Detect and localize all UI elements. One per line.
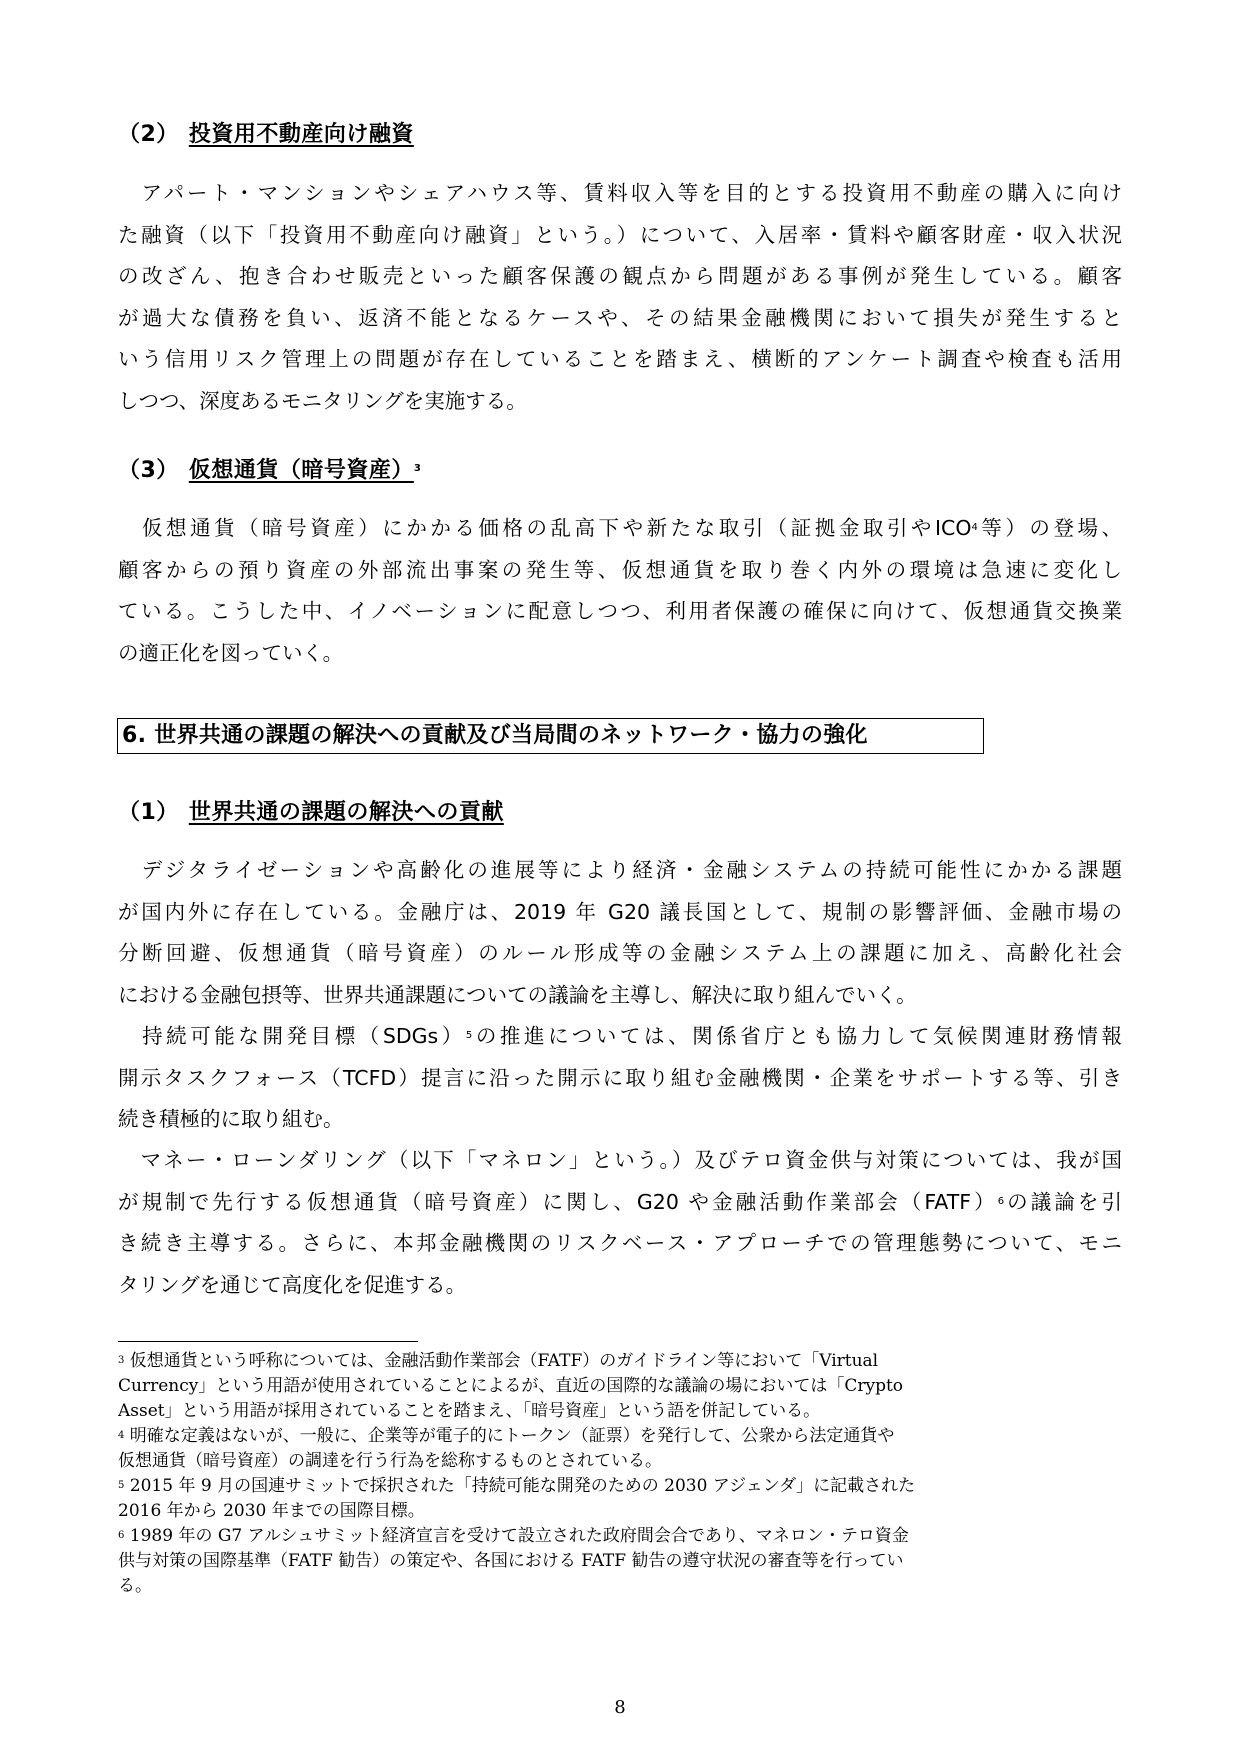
text-line: 続き積極的に取り組む。 — [118, 1099, 1122, 1141]
footnote-ref-3[interactable]: 3 — [414, 463, 421, 474]
paragraph-global-issues-1: デジタライゼーションや高齢化の進展等により経済・金融システムの持続可能性にかかる… — [118, 850, 1122, 1016]
footnote-line: 仮想通貨（暗号資産）の調達を行う行為を総称するものとされている。 — [118, 1449, 1122, 1474]
paragraph-global-issues-3: マネー・ローンダリング（以下「マネロン」という。）及びテロ資金供与対策については… — [118, 1140, 1122, 1306]
footnote-line: 5 2015 年 9 月の国連サミットで採択された「持続可能な開発のための 20… — [118, 1474, 1122, 1499]
text-line: 顧客からの預り資産の外部流出事案の発生等、仮想通貨を取り巻く内外の環境は急速に変… — [118, 550, 1122, 592]
footnote-mark: 3 — [118, 1355, 124, 1366]
footnote-line: 3 仮想通貨という呼称については、金融活動作業部会（FATF）のガイドライン等に… — [118, 1349, 1122, 1374]
text-fragment: が規制で先行する仮想通貨（暗号資産）に関し、G20 や金融活動作業部会（FATF… — [118, 1190, 998, 1214]
footnote-6: 6 1989 年の G7 アルシュサミット経済宣言を受けて設立された政府間会合で… — [118, 1524, 1122, 1599]
footnote-mark: 4 — [118, 1430, 124, 1441]
text-line: における金融包摂等、世界共通課題についての議論を主導し、解決に取り組んでいく。 — [118, 975, 1122, 1017]
text-line: タリングを通じて高度化を促進する。 — [118, 1265, 1122, 1307]
document-page: （2）投資用不動産向け融資 アパート・マンションやシェアハウス等、賃料収入等を目… — [0, 0, 1240, 1755]
text-fragment: 仮想通貨という呼称については、金融活動作業部会（FATF）のガイドライン等におい… — [124, 1351, 878, 1371]
text-line: デジタライゼーションや高齢化の進展等により経済・金融システムの持続可能性にかかる… — [118, 850, 1122, 892]
footnote-separator — [118, 1341, 418, 1342]
section-heading-crypto-assets: （3）仮想通貨（暗号資産）3 — [118, 456, 421, 486]
footnote-line: る。 — [118, 1574, 1122, 1599]
text-line: いう信用リスク管理上の問題が存在していることを踏まえ、横断的アンケート調査や検査… — [118, 339, 1122, 381]
text-line: が規制で先行する仮想通貨（暗号資産）に関し、G20 や金融活動作業部会（FATF… — [118, 1182, 1122, 1224]
text-line: 開示タスクフォース（TCFD）提言に沿った開示に取り組む金融機関・企業をサポート… — [118, 1058, 1122, 1100]
text-line: が過大な債務を負い、返済不能となるケースや、その結果金融機関において損失が発生す… — [118, 298, 1122, 340]
footnote-mark: 6 — [118, 1530, 124, 1541]
text-line: の適正化を図っていく。 — [118, 633, 1122, 675]
text-line: マネー・ローンダリング（以下「マネロン」という。）及びテロ資金供与対策については… — [118, 1140, 1122, 1182]
text-fragment: の推進については、関係省庁とも協力して気候関連財務情報 — [472, 1024, 1122, 1048]
footnote-ref-4[interactable]: 4 — [971, 522, 977, 533]
text-fragment: 明確な定義はないが、一般に、企業等が電子的にトークン（証票）を発行して、公衆から… — [124, 1426, 894, 1446]
section-title: 仮想通貨（暗号資産） — [189, 458, 414, 483]
section-number: （3） — [118, 458, 179, 483]
text-fragment: 1989 年の G7 アルシュサミット経済宣言を受けて設立された政府間会合であり… — [124, 1526, 909, 1546]
text-fragment: 仮想通貨（暗号資産）にかかる価格の乱高下や新たな取引（証拠金取引やICO — [118, 516, 971, 540]
paragraph-global-issues-2: 持続可能な開発目標（SDGs）5の推進については、関係省庁とも協力して気候関連財… — [118, 1016, 1122, 1141]
section-title: 世界共通の課題の解決への貢献 — [189, 800, 504, 825]
footnote-line: 供与対策の国際基準（FATF 勧告）の策定や、各国における FATF 勧告の遵守… — [118, 1549, 1122, 1574]
text-fragment: 等）の登場、 — [978, 516, 1122, 540]
text-line: ている。こうした中、イノベーションに配意しつつ、利用者保護の確保に向けて、仮想通… — [118, 591, 1122, 633]
paragraph-investment-real-estate-loans: アパート・マンションやシェアハウス等、賃料収入等を目的とする投資用不動産の購入に… — [118, 173, 1122, 422]
footnote-ref-5[interactable]: 5 — [466, 1030, 472, 1041]
text-line: き続き主導する。さらに、本邦金融機関のリスクベース・アプローチでの管理態勢につい… — [118, 1223, 1122, 1265]
text-line: が国内外に存在している。金融庁は、2019 年 G20 議長国として、規制の影響… — [118, 892, 1122, 934]
footnote-line: 6 1989 年の G7 アルシュサミット経済宣言を受けて設立された政府間会合で… — [118, 1524, 1122, 1549]
footnote-3: 3 仮想通貨という呼称については、金融活動作業部会（FATF）のガイドライン等に… — [118, 1349, 1122, 1424]
section-heading-investment-real-estate-loans: （2）投資用不動産向け融資 — [118, 120, 414, 150]
footnote-5: 5 2015 年 9 月の国連サミットで採択された「持続可能な開発のための 20… — [118, 1474, 1122, 1524]
chapter-heading-global-issues: 6. 世界共通の課題の解決への貢献及び当局間のネットワーク・協力の強化 — [117, 718, 984, 754]
section-title: 投資用不動産向け融資 — [189, 122, 414, 147]
footnote-line: 4 明確な定義はないが、一般に、企業等が電子的にトークン（証票）を発行して、公衆… — [118, 1424, 1122, 1449]
footnote-line: Asset」という用語が採用されていることを踏まえ、「暗号資産」という語を併記し… — [118, 1399, 1122, 1424]
text-line: の改ざん、抱き合わせ販売といった顧客保護の観点から問題がある事例が発生している。… — [118, 256, 1122, 298]
text-line: 分断回避、仮想通貨（暗号資産）のルール形成等の金融システム上の課題に加え、高齢化… — [118, 933, 1122, 975]
text-line: 仮想通貨（暗号資産）にかかる価格の乱高下や新たな取引（証拠金取引やICO4等）の… — [118, 508, 1122, 550]
footnote-4: 4 明確な定義はないが、一般に、企業等が電子的にトークン（証票）を発行して、公衆… — [118, 1424, 1122, 1474]
section-heading-global-issues-contribution: （1）世界共通の課題の解決への貢献 — [118, 798, 504, 828]
footnote-mark: 5 — [118, 1480, 124, 1491]
text-line: しつつ、深度あるモニタリングを実施する。 — [118, 381, 1122, 423]
text-line: アパート・マンションやシェアハウス等、賃料収入等を目的とする投資用不動産の購入に… — [118, 173, 1122, 215]
section-number: （2） — [118, 122, 179, 147]
text-fragment: 持続可能な開発目標（SDGs） — [118, 1024, 466, 1048]
text-fragment: の議論を引 — [1004, 1190, 1122, 1214]
footnote-line: Currency」という用語が使用されていることによるが、直近の国際的な議論の場… — [118, 1374, 1122, 1399]
text-line: た融資（以下「投資用不動産向け融資」という。）について、入居率・賃料や顧客財産・… — [118, 215, 1122, 257]
page-number: 8 — [0, 1697, 1240, 1718]
footnote-ref-6[interactable]: 6 — [998, 1196, 1004, 1207]
section-number: （1） — [118, 800, 179, 825]
text-line: 持続可能な開発目標（SDGs）5の推進については、関係省庁とも協力して気候関連財… — [118, 1016, 1122, 1058]
paragraph-crypto-assets: 仮想通貨（暗号資産）にかかる価格の乱高下や新たな取引（証拠金取引やICO4等）の… — [118, 508, 1122, 674]
text-fragment: 2015 年 9 月の国連サミットで採択された「持続可能な開発のための 2030… — [124, 1476, 915, 1496]
footnote-line: 2016 年から 2030 年までの国際目標。 — [118, 1499, 1122, 1524]
